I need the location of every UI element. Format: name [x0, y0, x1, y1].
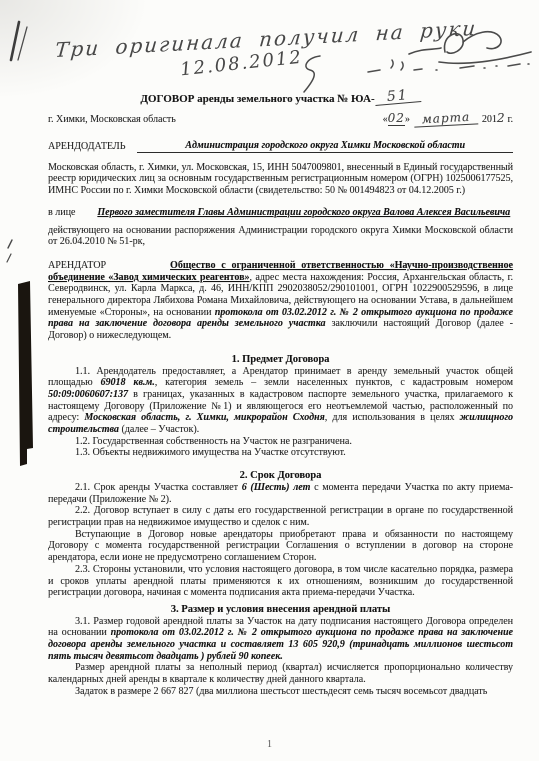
representative-prefix: в лице [48, 207, 75, 218]
text-run: протокола от 03.02.2012 г. № 2 открытого… [48, 627, 513, 661]
date-year-handwritten: 2 [497, 111, 506, 125]
date-month-handwritten: марта [414, 111, 479, 127]
contract-number-handwritten: 51 [374, 88, 421, 106]
scan-binding-artifact [10, 278, 40, 476]
date-year-printed: 201 [482, 114, 497, 125]
clause-1-1: 1.1. Арендодатель предоставляет, а Аренд… [48, 366, 513, 436]
document-page: Три оригинала получил на руки 12.08.2012 [0, 0, 539, 761]
text-run: (далее – Участок). [119, 424, 199, 435]
date-day-handwritten: 02 [388, 111, 405, 126]
clause-3-1: 3.1. Размер годовой арендной платы за Уч… [48, 616, 513, 663]
place-and-date-row: г. Химки, Московская область «02»марта20… [48, 113, 513, 126]
text-run: , для использования в целях [325, 412, 460, 423]
date-era: г. [508, 114, 513, 125]
section-2-heading: 2. Срок Договора [48, 470, 513, 482]
representative-row: в лицеПервого заместителя Главы Админист… [48, 207, 513, 219]
clause-1-3: 1.3. Объекты недвижимого имущества на Уч… [48, 447, 513, 459]
lessor-details: Московская область, г. Химки, ул. Москов… [48, 162, 513, 197]
place-line: г. Химки, Московская область [48, 114, 176, 126]
section-3-heading: 3. Размер и условия внесения арендной пл… [48, 604, 513, 616]
text-run: 50:09:0060607:137 [48, 389, 128, 400]
handwritten-corner-mark [6, 18, 30, 64]
lessor-name: Администрация городского округа Химки Мо… [137, 139, 513, 153]
clause-2-2-continuation: Вступающие в Договор новые арендаторы пр… [48, 529, 513, 564]
lessor-label: АРЕНДОДАТЕЛЬ [48, 140, 125, 153]
text-run: 6 (Шесть) лет [242, 482, 311, 493]
text-run: , категория земель – земли населенных пу… [155, 377, 513, 388]
tenant-paragraph: АРЕНДАТОРОбщество с ограниченной ответст… [48, 260, 513, 342]
text-run: Московская область, г. Химки, микрорайон… [84, 412, 324, 423]
clause-3-1-deposit: Задаток в размере 2 667 827 (два миллион… [48, 686, 513, 698]
clause-3-1-proration: Размер арендной платы за неполный период… [48, 662, 513, 685]
lessor-row: АРЕНДОДАТЕЛЬ Администрация городского ок… [48, 139, 513, 153]
contract-body: ДОГОВОР аренды земельного участка № ЮА-5… [48, 0, 513, 698]
clause-1-2: 1.2. Государственная собственность на Уч… [48, 436, 513, 448]
acting-basis: действующего на основании распоряжения А… [48, 225, 513, 248]
clause-2-2: 2.2. Договор вступает в силу с даты его … [48, 505, 513, 528]
close-quote: » [405, 114, 410, 125]
section-1-heading: 1. Предмет Договора [48, 354, 513, 366]
text-run: 69018 кв.м. [101, 377, 155, 388]
clause-2-3: 2.3. Стороны установили, что условия нас… [48, 564, 513, 599]
date-line: «02»марта2012г. [383, 113, 513, 126]
page-number: 1 [0, 739, 539, 750]
contract-title: ДОГОВОР аренды земельного участка № ЮА-5… [48, 92, 513, 106]
clause-2-1: 2.1. Срок аренды Участка составляет 6 (Ш… [48, 482, 513, 505]
representative-name: Первого заместителя Главы Администрации … [97, 207, 510, 218]
text-run: 2.1. Срок аренды Участка составляет [75, 482, 242, 493]
contract-title-text: ДОГОВОР аренды земельного участка № ЮА- [140, 93, 374, 105]
open-quote: « [383, 114, 388, 125]
tenant-label: АРЕНДАТОР [48, 260, 106, 271]
pen-tick-marks [3, 236, 19, 264]
